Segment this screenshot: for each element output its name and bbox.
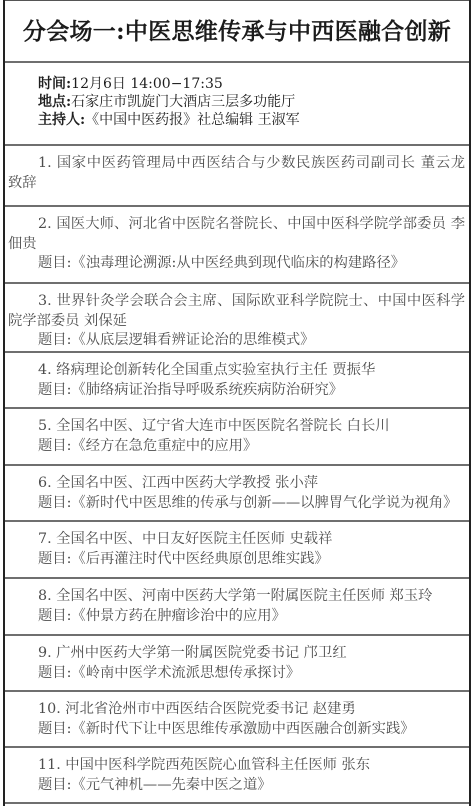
speaker-line: 11. 中国中医科学院西苑医院心血管科主任医师 张东 [8, 756, 465, 776]
topic-line: 题目:《从底层逻辑看辨证论治的思维模式》 [8, 331, 465, 351]
topic-line: 题目:《新时代中医思维的传承与创新——以脾胃气化学说为视角》 [8, 494, 465, 514]
topic-line: 题目:《新时代下让中医思维传承激励中西医融合创新实践》 [8, 720, 465, 740]
topic-line: 题目:《经方在急危重症中的应用》 [8, 437, 465, 457]
title-row: 分会场一:中医思维传承与中西医融合创新 [5, 0, 469, 63]
page-title: 分会场一:中医思维传承与中西医融合创新 [5, 1, 469, 62]
list-item: 6. 全国名中医、江西中医药大学教授 张小萍 题目:《新时代中医思维的传承与创新… [5, 466, 469, 522]
info-host: 主持人:《中国中医药报》社总编辑 王淑军 [38, 111, 469, 129]
info-host-value: 《中国中医药报》社总编辑 王淑军 [85, 112, 299, 128]
speaker-line: 2. 国医大师、河北省中医院名誉院长、中国中医科学院学部委员 李 [8, 215, 465, 235]
info-place-value: 石家庄市凯旋门大酒店三层多功能厅 [71, 94, 295, 110]
topic-line: 题目:《肺络病证治指导呼吸系统疾病防治研究》 [8, 381, 465, 401]
list-item: 7. 全国名中医、中日友好医院主任医师 史载祥 题目:《后再灌注时代中医经典原创… [5, 522, 469, 579]
list-item: 5. 全国名中医、辽宁省大连市中医医院名誉院长 白长川 题目:《经方在急危重症中… [5, 409, 469, 466]
topic-line: 题目:《后再灌注时代中医经典原创思维实践》 [8, 550, 465, 570]
list-item: 9. 广州中医药大学第一附属医院党委书记 邝卫红 题目:《岭南中医学术流派思想传… [5, 636, 469, 692]
speaker-line: 3. 世界针灸学会联合会主席、国际欧亚科学院院士、中国中医科学 [8, 292, 465, 312]
list-item: 8. 全国名中医、河南中医药大学第一附属医院主任医师 郑玉玲 题目:《仲景方药在… [5, 579, 469, 636]
info-host-label: 主持人: [38, 112, 85, 128]
list-item: 4. 络病理论创新转化全国重点实验室执行主任 贾振华 题目:《肺络病证治指导呼吸… [5, 353, 469, 409]
topic-line: 题目:《岭南中医学术流派思想传承探讨》 [8, 664, 465, 684]
speaker-line: 8. 全国名中医、河南中医药大学第一附属医院主任医师 郑玉玲 [8, 587, 465, 607]
speaker-line: 5. 全国名中医、辽宁省大连市中医医院名誉院长 白长川 [8, 417, 465, 437]
speaker-line: 院学部委员 刘保延 [8, 312, 465, 332]
speaker-line: 1. 国家中医药管理局中西医结合与少数民族医药司副司长 董云龙 [8, 154, 465, 174]
info-time: 时间:12月6日 14:00−17:35 [38, 75, 469, 93]
program-table: 分会场一:中医思维传承与中西医融合创新 时间:12月6日 14:00−17:35… [3, 0, 471, 806]
speaker-line: 佃贵 [8, 235, 465, 255]
speaker-line: 10. 河北省沧州市中西医结合医院党委书记 赵建勇 [8, 700, 465, 720]
info-time-label: 时间: [38, 76, 71, 92]
info-place: 地点:石家庄市凯旋门大酒店三层多功能厅 [38, 93, 469, 111]
list-item: 1. 国家中医药管理局中西医结合与少数民族医药司副司长 董云龙 致辞 [5, 146, 469, 207]
info-time-value: 12月6日 14:00−17:35 [71, 76, 223, 92]
speaker-line: 7. 全国名中医、中日友好医院主任医师 史载祥 [8, 530, 465, 550]
list-item: 2. 国医大师、河北省中医院名誉院长、中国中医科学院学部委员 李 佃贵 题目:《… [5, 207, 469, 284]
speaker-line: 6. 全国名中医、江西中医药大学教授 张小萍 [8, 474, 465, 494]
speaker-line: 9. 广州中医药大学第一附属医院党委书记 邝卫红 [8, 644, 465, 664]
session-info: 时间:12月6日 14:00−17:35 地点:石家庄市凯旋门大酒店三层多功能厅… [5, 63, 469, 146]
topic-line: 题目:《浊毒理论溯源:从中医经典到现代临床的构建路径》 [8, 254, 465, 274]
info-place-label: 地点: [38, 94, 71, 110]
speaker-line: 致辞 [8, 174, 465, 194]
speaker-line: 4. 络病理论创新转化全国重点实验室执行主任 贾振华 [8, 361, 465, 381]
topic-line: 题目:《元气神机——先秦中医之道》 [8, 776, 465, 796]
list-item: 11. 中国中医科学院西苑医院心血管科主任医师 张东 题目:《元气神机——先秦中… [5, 748, 469, 804]
list-item: 10. 河北省沧州市中西医结合医院党委书记 赵建勇 题目:《新时代下让中医思维传… [5, 692, 469, 748]
list-item: 3. 世界针灸学会联合会主席、国际欧亚科学院院士、中国中医科学 院学部委员 刘保… [5, 284, 469, 353]
topic-line: 题目:《仲景方药在肿瘤诊治中的应用》 [8, 607, 465, 627]
